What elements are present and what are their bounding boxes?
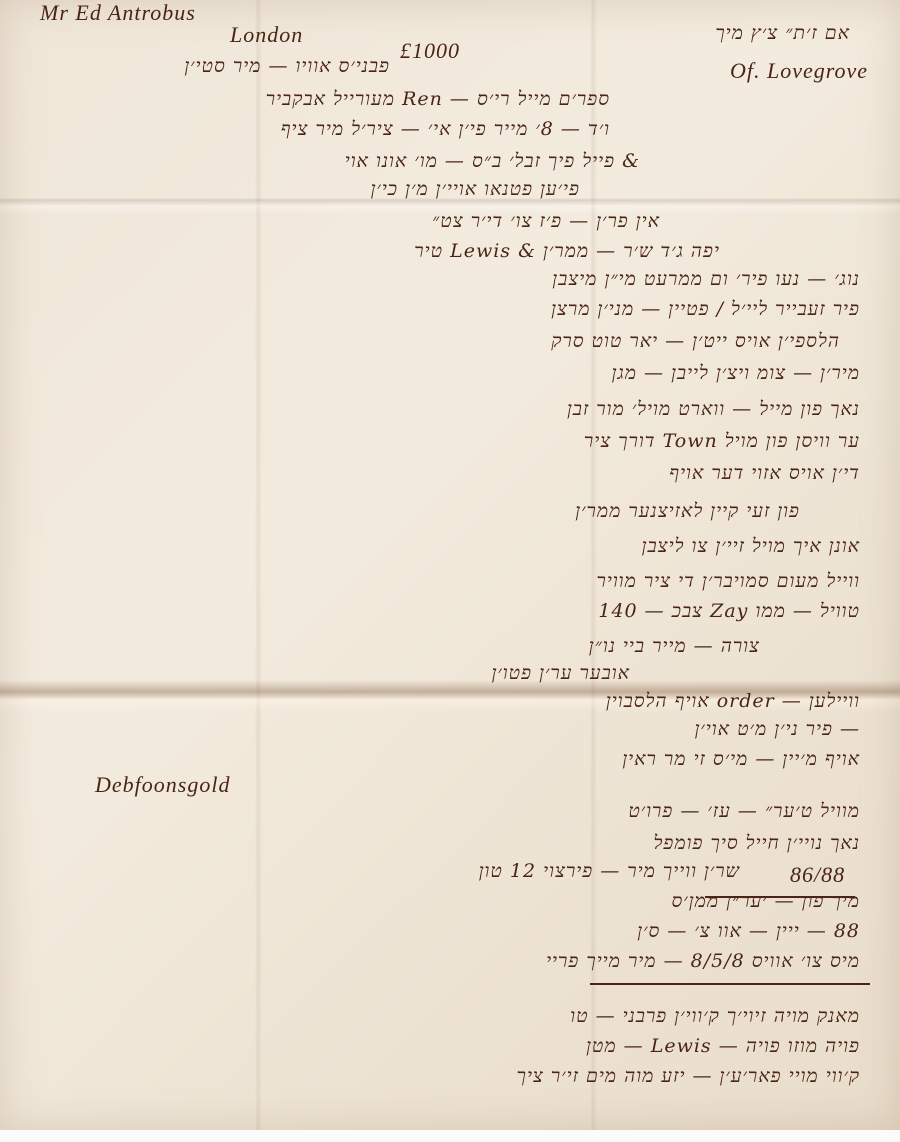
amount: £1000 [400, 38, 460, 64]
text-line: ו׳ד — 8׳ מייר פי׳ן אי׳ — ציר׳ל מיר ציף [20, 118, 610, 141]
text-word: Debfoonsgold [95, 772, 230, 798]
text-line: פויה מוזו פויה — Lewis — מטן [30, 1035, 860, 1058]
text-line: פי׳ען פטנאו אויי׳ן מ׳ן כי׳ן [20, 178, 580, 201]
text-line: מיר׳ן — צומ ויצ׳ן לייבן — מגן [20, 362, 860, 385]
text-line: פון זעי קיין לאזיצנער ממר׳ן [40, 500, 800, 523]
text-line: טוויל — ממו Zay צבכ — 140 [20, 600, 860, 623]
text-line: הלספי׳ן אויס ייט׳ן — יאר טוט סרק [60, 330, 840, 353]
text-line: די׳ן אויס אזוי דער אויף [20, 462, 860, 485]
text-line: פבני׳ס אוויו — מיר סטי׳ן [10, 55, 390, 78]
text-line: נאך נויי׳ן חייל סיך פומפל [20, 832, 860, 855]
text-line: מוויל ט׳ער״ — עז׳ — פרו׳ט [20, 800, 860, 823]
text-line: & פייל פיך זבל׳ ב״ס — מו׳ אונו אוי [20, 150, 640, 173]
text-line: אובער ער׳ן פטו׳ן [230, 662, 630, 685]
text-line: צורה — מייר ביי נו״ן [40, 635, 760, 658]
text-line: וויילען — order אויף הלסבוין [20, 690, 860, 713]
separator-rule [590, 983, 870, 985]
text-line: פיר זעבייר ליי׳ל / פטיין — מני׳ן מרצן [20, 298, 860, 321]
addressee: Mr Ed Antrobus [40, 0, 196, 26]
text-line: אם ז׳ת״ צ׳ץ מיך [600, 22, 850, 45]
text-line: נוג׳ — נעו פיר׳ ום ממרעט מי״ן מיצבן [20, 268, 860, 291]
text-line: מיך פון — ׳ער״ן ממן׳ס [20, 890, 860, 913]
text-line: 88 — ייין — אוו צ׳ — ס׳ן [40, 920, 860, 943]
place: London [230, 22, 303, 48]
scan-margin [0, 1130, 900, 1142]
text-line: מאנק מויה זיוי׳ך ק׳ווי׳ן פרבני — טו [30, 1005, 860, 1028]
text-line: שר׳ן ווייך מיר — פירצוי 12 טון [40, 860, 740, 883]
reference: Of. Lovegrove [730, 58, 868, 84]
text-line: יפה ג׳ד ש׳ר — ממר׳ן & Lewis טיר [20, 240, 720, 263]
text-line: ווייל מעום סמויבר׳ן די ציר מוויר [20, 570, 860, 593]
text-line: ק׳ווי מויי פאר׳ע׳ן — יזע מוה מים זי׳ר צי… [30, 1065, 860, 1088]
text-line: נאך פון מייל — ווארט מויל׳ מור זבן [20, 398, 860, 421]
text-line: אין פר׳ן — פ׳ז צו׳ די׳ר צט״ [20, 210, 660, 233]
text-line: — פיר ני׳ן מ׳ט אוי׳ן [20, 718, 860, 741]
letter-paper: Mr Ed Antrobus London £1000 Of. Lovegrov… [0, 0, 900, 1130]
text-line: ספר׳ם מייל רי׳ס — Ren מעורייל אבקביר [20, 88, 610, 111]
text-line: ער וויסן פון מויל Town דורך ציר [20, 430, 860, 453]
text-line: מיס צו׳ אוויס 8/5/8 — מיר מייך פריי [20, 950, 860, 973]
text-line: אויף מ׳יין — מי׳ס זי מר ראין [20, 748, 860, 771]
figure-86-88: 86/88 [790, 862, 845, 888]
text-line: אונן איך מויל זיי׳ן צו ליצבן [20, 535, 860, 558]
